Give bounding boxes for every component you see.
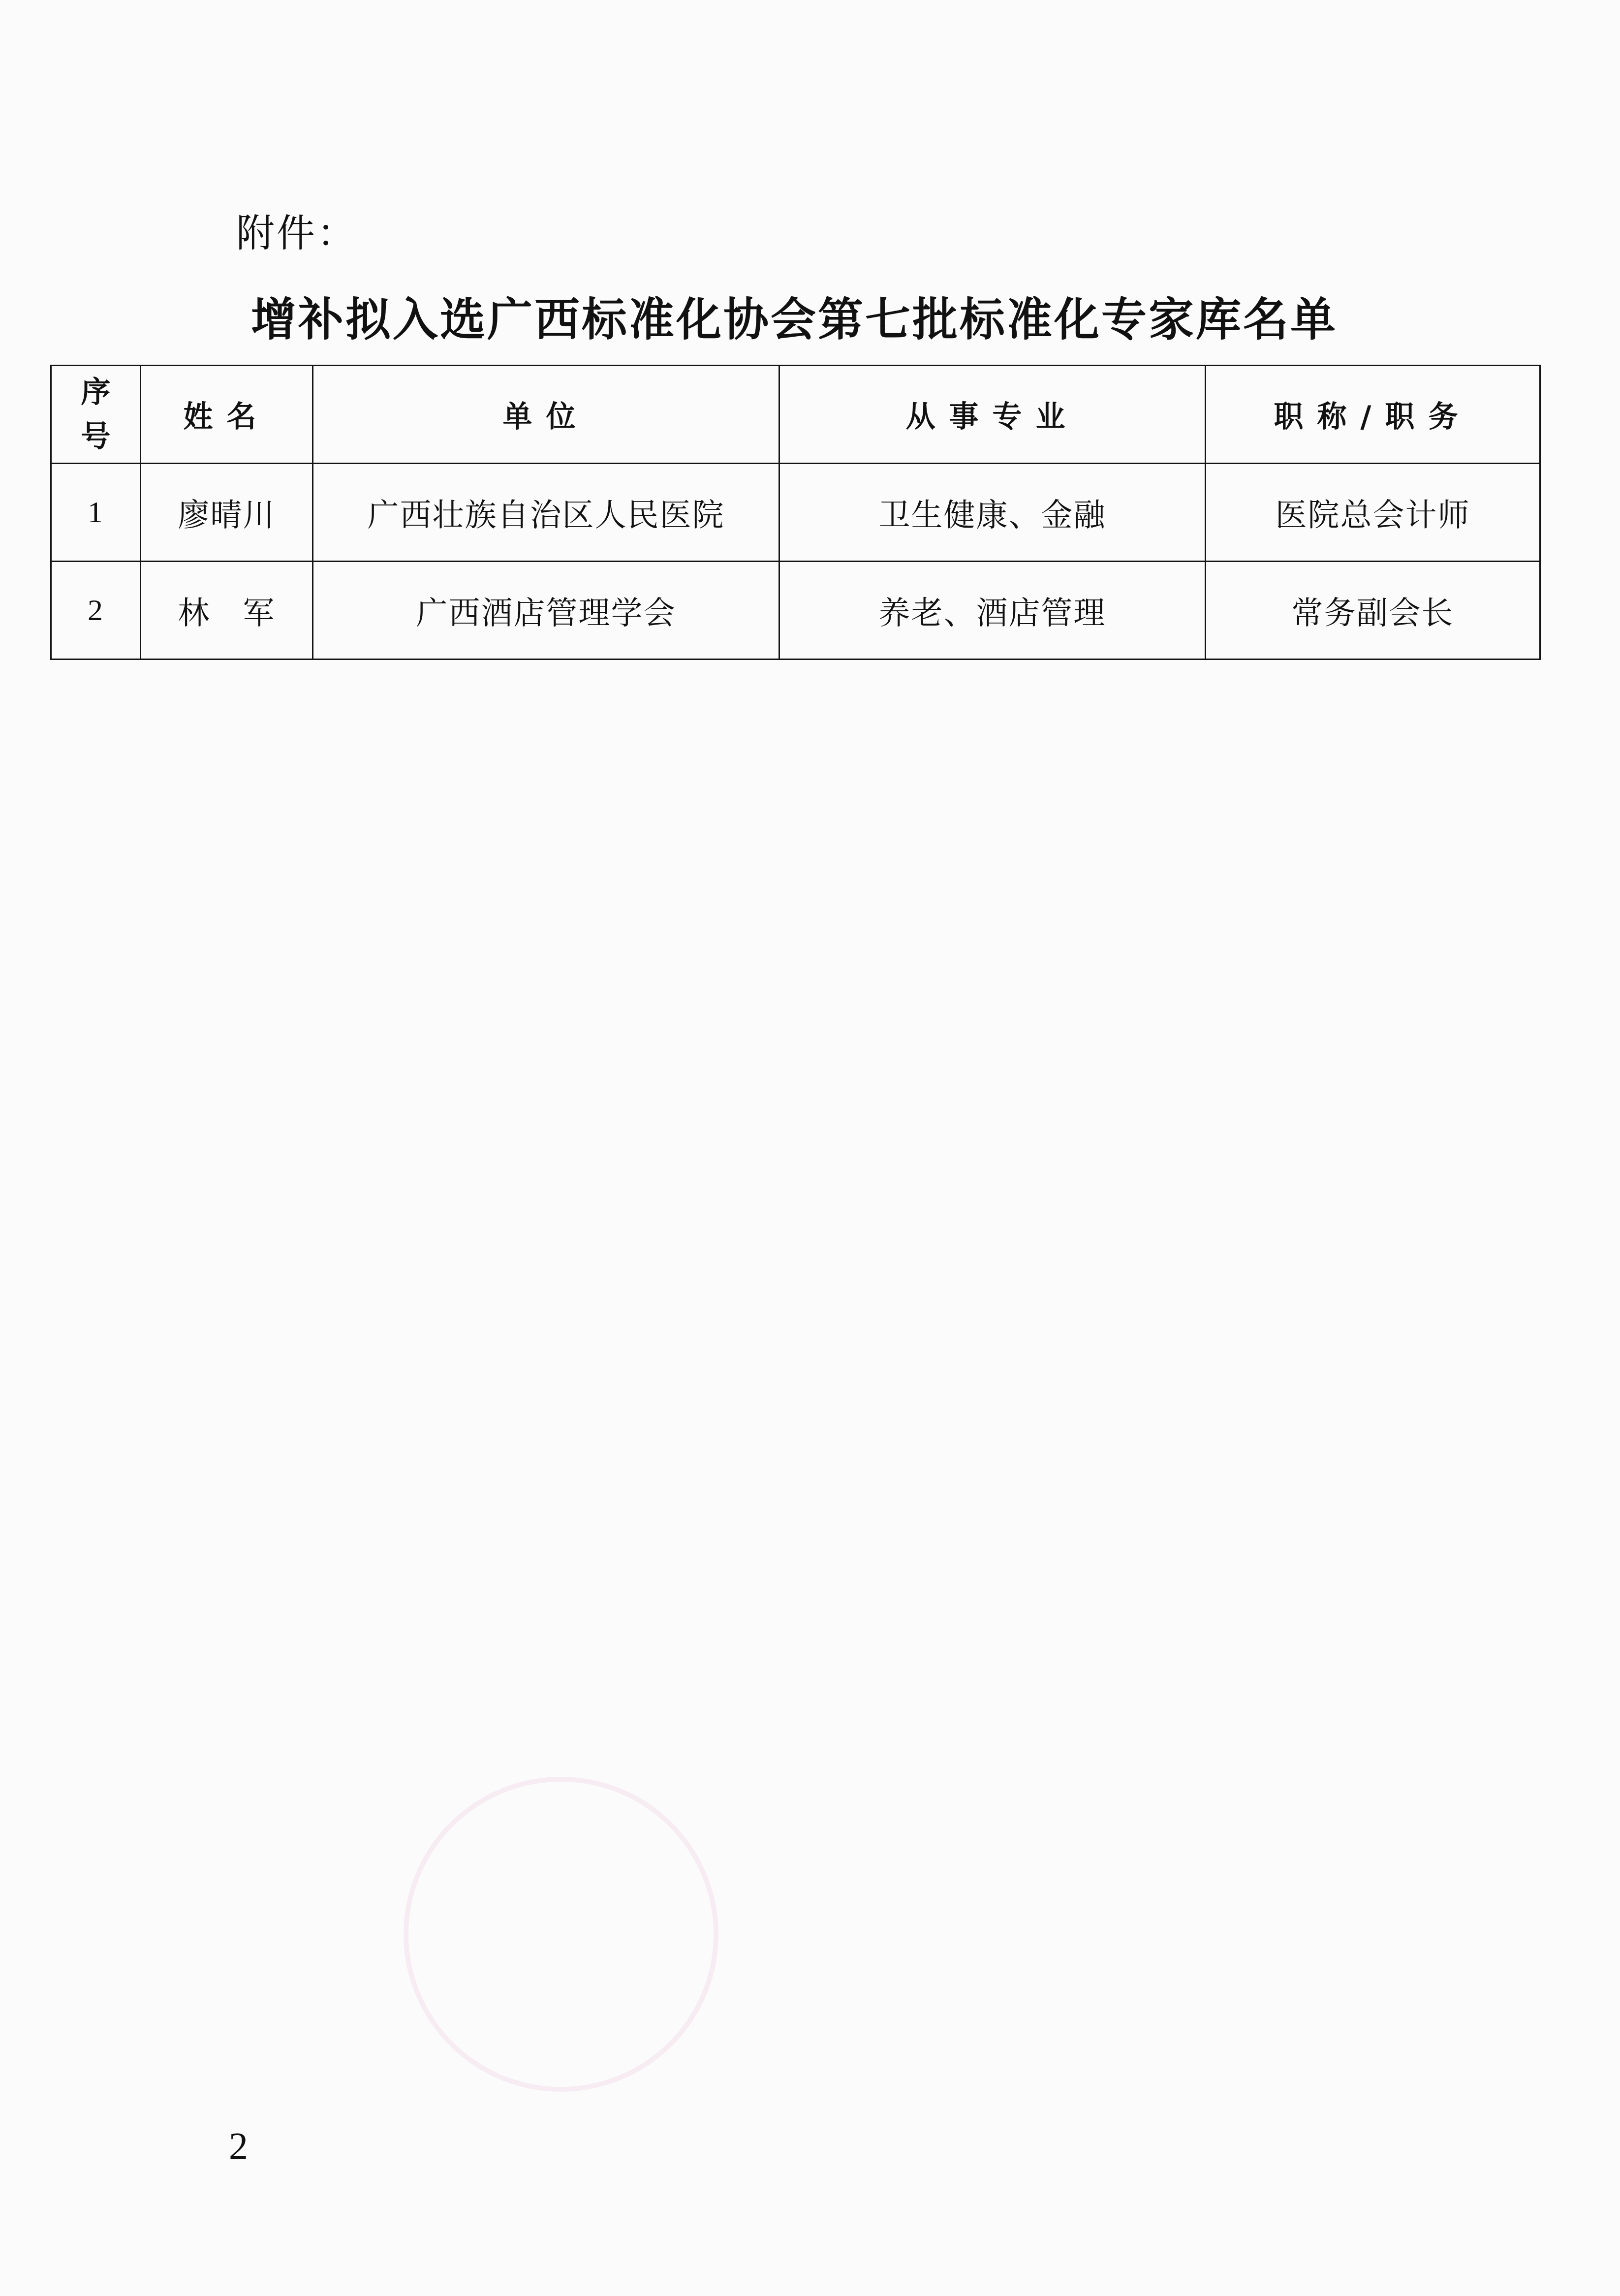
- cell-organization: 广西壮族自治区人民医院: [313, 464, 779, 562]
- header-seq-line1: 序: [52, 370, 140, 414]
- seal-stamp-icon: [404, 1777, 718, 2092]
- cell-title-position: 医院总会计师: [1206, 464, 1540, 562]
- expert-list-table: 序 号 姓名 单位 从事专业 职称/职务 1 廖晴川 广西壮族自治区人民医院 卫…: [50, 365, 1541, 660]
- table-row: 1 廖晴川 广西壮族自治区人民医院 卫生健康、金融 医院总会计师: [51, 464, 1540, 562]
- page-number: 2: [229, 2124, 248, 2168]
- cell-name: 廖晴川: [141, 464, 313, 562]
- cell-organization: 广西酒店管理学会: [313, 562, 779, 660]
- header-name: 姓名: [141, 366, 313, 464]
- cell-name: 林 军: [141, 562, 313, 660]
- cell-specialty: 养老、酒店管理: [779, 562, 1206, 660]
- table-row: 2 林 军 广西酒店管理学会 养老、酒店管理 常务副会长: [51, 562, 1540, 660]
- header-seq-line2: 号: [52, 414, 140, 459]
- attachment-label: 附件：: [236, 207, 357, 261]
- header-title-position: 职称/职务: [1206, 366, 1540, 464]
- header-seq: 序 号: [51, 366, 141, 464]
- header-organization: 单位: [313, 366, 779, 464]
- cell-specialty: 卫生健康、金融: [779, 464, 1206, 562]
- cell-seq: 1: [51, 464, 141, 562]
- cell-title-position: 常务副会长: [1206, 562, 1540, 660]
- table-header-row: 序 号 姓名 单位 从事专业 职称/职务: [51, 366, 1540, 464]
- header-specialty: 从事专业: [779, 366, 1206, 464]
- document-page: 附件： 增补拟入选广西标准化协会第七批标准化专家库名单 序 号 姓名 单位 从事…: [0, 0, 1620, 2296]
- cell-seq: 2: [51, 562, 141, 660]
- document-title: 增补拟入选广西标准化协会第七批标准化专家库名单: [50, 293, 1538, 347]
